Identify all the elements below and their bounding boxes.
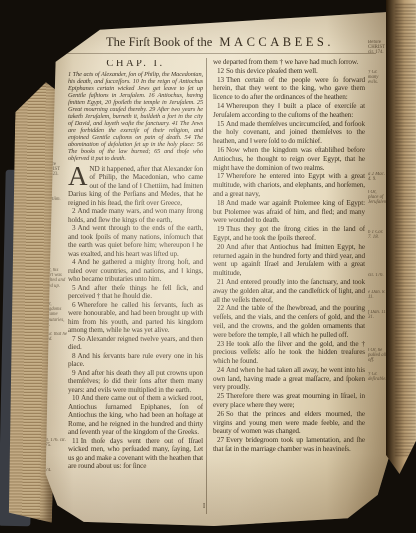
verse: 10And there came out of them a wicked ro… xyxy=(68,394,203,437)
verse-text: Whereupon they ‖ built a place of exerci… xyxy=(213,102,365,119)
verse: 6Wherefore he called his ſervants, ſuch … xyxy=(68,301,203,335)
right-text-column: we departed from them † we have had much… xyxy=(213,58,365,520)
verse-number: 26 xyxy=(217,410,224,418)
margin-note-gr-evils: † Gr. many evils. xyxy=(368,70,388,86)
verse-number: 27 xyxy=(217,436,224,444)
verse-text: And made war againſt Ptolemee king of Eg… xyxy=(213,199,365,225)
verse-text: And he gathered a mighty ſtrong hoſt, an… xyxy=(68,258,203,283)
verse-text: And entered proudly into the ſanctuary, … xyxy=(213,278,365,304)
book-page: The Firſt Book of the MACCABEES. Before … xyxy=(38,8,390,526)
verse-number: 13 xyxy=(217,76,224,84)
margin-note-pulled-off: ‖ Or, he pulled all off. xyxy=(368,348,388,364)
verse-text: Thus they got the ſtrong cities in the l… xyxy=(213,225,365,242)
verse: 11In thoſe days went there out of Iſrael… xyxy=(68,437,203,471)
verse: 8And his ſervants bare rule every one in… xyxy=(68,352,203,369)
verse: 14Whereupon they ‖ built a place of exer… xyxy=(213,102,365,120)
verse-text: In thoſe days went there out of Iſrael w… xyxy=(68,437,203,471)
verse: 21And entered proudly into the ſanctuary… xyxy=(213,278,365,304)
verse-text: Now when the kingdom was eſtabliſhed bef… xyxy=(213,146,365,172)
margin-note-dates: cir. 176. cir. 175. xyxy=(43,438,67,448)
verse-text: Wherefore he called his ſervants, ſuch a… xyxy=(68,301,203,335)
verse-number: 12 xyxy=(217,67,224,75)
verse-text: So this device pleaſed them well. xyxy=(226,67,318,75)
facing-page-edge xyxy=(386,0,416,474)
verse-number: 9 xyxy=(72,369,76,377)
verse-text: Wherefore he entered into Egypt with a g… xyxy=(213,172,365,198)
verse: 9And after his death they all put crowns… xyxy=(68,369,203,395)
signature-mark: I xyxy=(38,502,370,510)
verse: 16Now when the kingdom was eſtabliſhed b… xyxy=(213,146,365,172)
margin-note-date-170: cir. 170. xyxy=(368,273,388,278)
verse-text: And there came out of them a wicked root… xyxy=(68,394,203,436)
verse-text: He took alſo the ſilver and the gold, an… xyxy=(213,340,365,366)
verse: 27Every bridegroom took up lamentation, … xyxy=(213,436,365,454)
facing-page-blurred-text xyxy=(395,4,416,456)
verse-text: Therefore there was great mourning in Iſ… xyxy=(213,392,365,409)
verse-number: 6 xyxy=(72,301,76,309)
verse: 5And after theſe things he fell ſick, an… xyxy=(68,284,203,301)
verse-number: 8 xyxy=(72,352,76,360)
verse-number: 24 xyxy=(217,366,224,374)
margin-note-2mac: a 2 Mac. 4. 9. xyxy=(368,172,388,182)
verse-number: 23 xyxy=(217,340,224,348)
margin-note-place: ‖ Or, place of Jeruſalem. xyxy=(368,190,388,206)
verse-number: 18 xyxy=(217,199,224,207)
verse: 12So this device pleaſed them well. xyxy=(213,67,365,76)
running-head-prefix: The Firſt Book of the xyxy=(106,35,212,49)
verse-number: 20 xyxy=(217,243,224,251)
verse-number: 21 xyxy=(217,278,224,286)
margin-note-desirable: † Gr. deſirable. xyxy=(368,372,388,382)
right-verses: 12So this device pleaſed them well. 13Th… xyxy=(213,67,365,454)
verse: 4And he gathered a mighty ſtrong hoſt, a… xyxy=(68,258,203,284)
verse-11-continuation: we departed from them † we have had much… xyxy=(213,58,365,67)
verse: 7So Alexander reigned twelve years, and … xyxy=(68,335,203,352)
running-head: The Firſt Book of the MACCABEES. xyxy=(66,35,374,50)
verse-text: Then certain of the people were ſo forwa… xyxy=(213,76,365,102)
verse-number: 11 xyxy=(72,437,79,445)
verse-number: 25 xyxy=(217,392,224,400)
verse-text: And made themſelves uncircumciſed, and f… xyxy=(213,120,365,146)
verse: 23He took alſo the ſilver and the gold, … xyxy=(213,340,365,366)
verse: 19Thus they got the ſtrong cities in the… xyxy=(213,225,365,243)
verse-number: 3 xyxy=(72,224,76,232)
verse-number: 17 xyxy=(217,172,224,180)
column-divider-rule xyxy=(206,58,207,514)
verse-number: 15 xyxy=(217,120,224,128)
margin-note-before-christ-right: Before CHRIST cir. 174. xyxy=(368,40,388,56)
verse-text: And his ſervants bare rule every one in … xyxy=(68,352,203,369)
verse-text: So that the princes and elders mourned, … xyxy=(213,410,365,436)
verse-text: And when he had taken all away, he went … xyxy=(213,366,365,392)
verse-number: 14 xyxy=(217,102,224,110)
margin-note-dan8: e Dan. 8. 11. xyxy=(368,290,388,300)
verse-text: So Alexander reigned twelve years, and t… xyxy=(68,335,203,352)
verse-1: AND it happened, after that Alexander ſo… xyxy=(68,165,203,208)
verse-text: Every bridegroom took up lamentation, an… xyxy=(213,436,365,453)
verse: 2And made many wars, and won many ſtrong… xyxy=(68,207,203,224)
verse-number: 19 xyxy=(217,225,224,233)
verse: 25Therefore there was great mourning in … xyxy=(213,392,365,410)
verse: 13Then certain of the people were ſo for… xyxy=(213,76,365,102)
verse: 17Wherefore he entered into Egypt with a… xyxy=(213,172,365,198)
verse: 18And made war againſt Ptolemee king of … xyxy=(213,199,365,225)
verse: 26So that the princes and elders mourned… xyxy=(213,410,365,436)
running-head-book-name: MACCABEES. xyxy=(219,35,334,49)
verse-number: 16 xyxy=(217,146,224,154)
header-rule xyxy=(64,53,376,54)
verse-text: And after that Antiochus had ſmitten Egy… xyxy=(213,243,365,277)
verse-number: 7 xyxy=(72,335,76,343)
left-verses: 2And made many wars, and won many ſtrong… xyxy=(68,207,203,471)
verse: 20And after that Antiochus had ſmitten E… xyxy=(213,243,365,278)
chapter-heading: CHAP. I. xyxy=(68,60,203,69)
verse-text: And the table of the ſhewbread, and the … xyxy=(213,304,365,338)
verse-number: 2 xyxy=(72,207,76,215)
verse-text: And made many wars, and won many ſtrong … xyxy=(68,207,203,224)
book-photo: The Firſt Book of the MACCABEES. Before … xyxy=(0,0,416,533)
verse: 24And when he had taken all away, he wen… xyxy=(213,366,365,392)
verse: 22And the table of the ſhewbread, and th… xyxy=(213,304,365,339)
verse-text: And went through to the ends of the eart… xyxy=(68,224,203,258)
margin-note-dan11: f Dan. 11. 31. xyxy=(368,310,388,320)
verse: 15And made themſelves uncircumciſed, and… xyxy=(213,120,365,146)
verse-text: And after his death they all put crowns … xyxy=(68,369,203,394)
verse-number: 22 xyxy=(217,304,224,312)
left-text-column: CHAP. I. 1 The acts of Alexander, ſon of… xyxy=(68,60,203,518)
margin-note-date-174: 174. xyxy=(43,468,67,473)
drop-cap: A xyxy=(68,165,89,187)
chapter-argument: 1 The acts of Alexander, ſon of Philip, … xyxy=(68,71,203,162)
verse-number: 10 xyxy=(72,394,79,402)
verse: 3And went through to the ends of the ear… xyxy=(68,224,203,258)
verse-text: And after theſe things he fell ſick, and… xyxy=(68,284,203,301)
verse-number: 4 xyxy=(72,258,76,266)
margin-note-1cor: b 1 Cor. 7. 18. xyxy=(368,230,388,240)
verse-number: 5 xyxy=(72,284,76,292)
